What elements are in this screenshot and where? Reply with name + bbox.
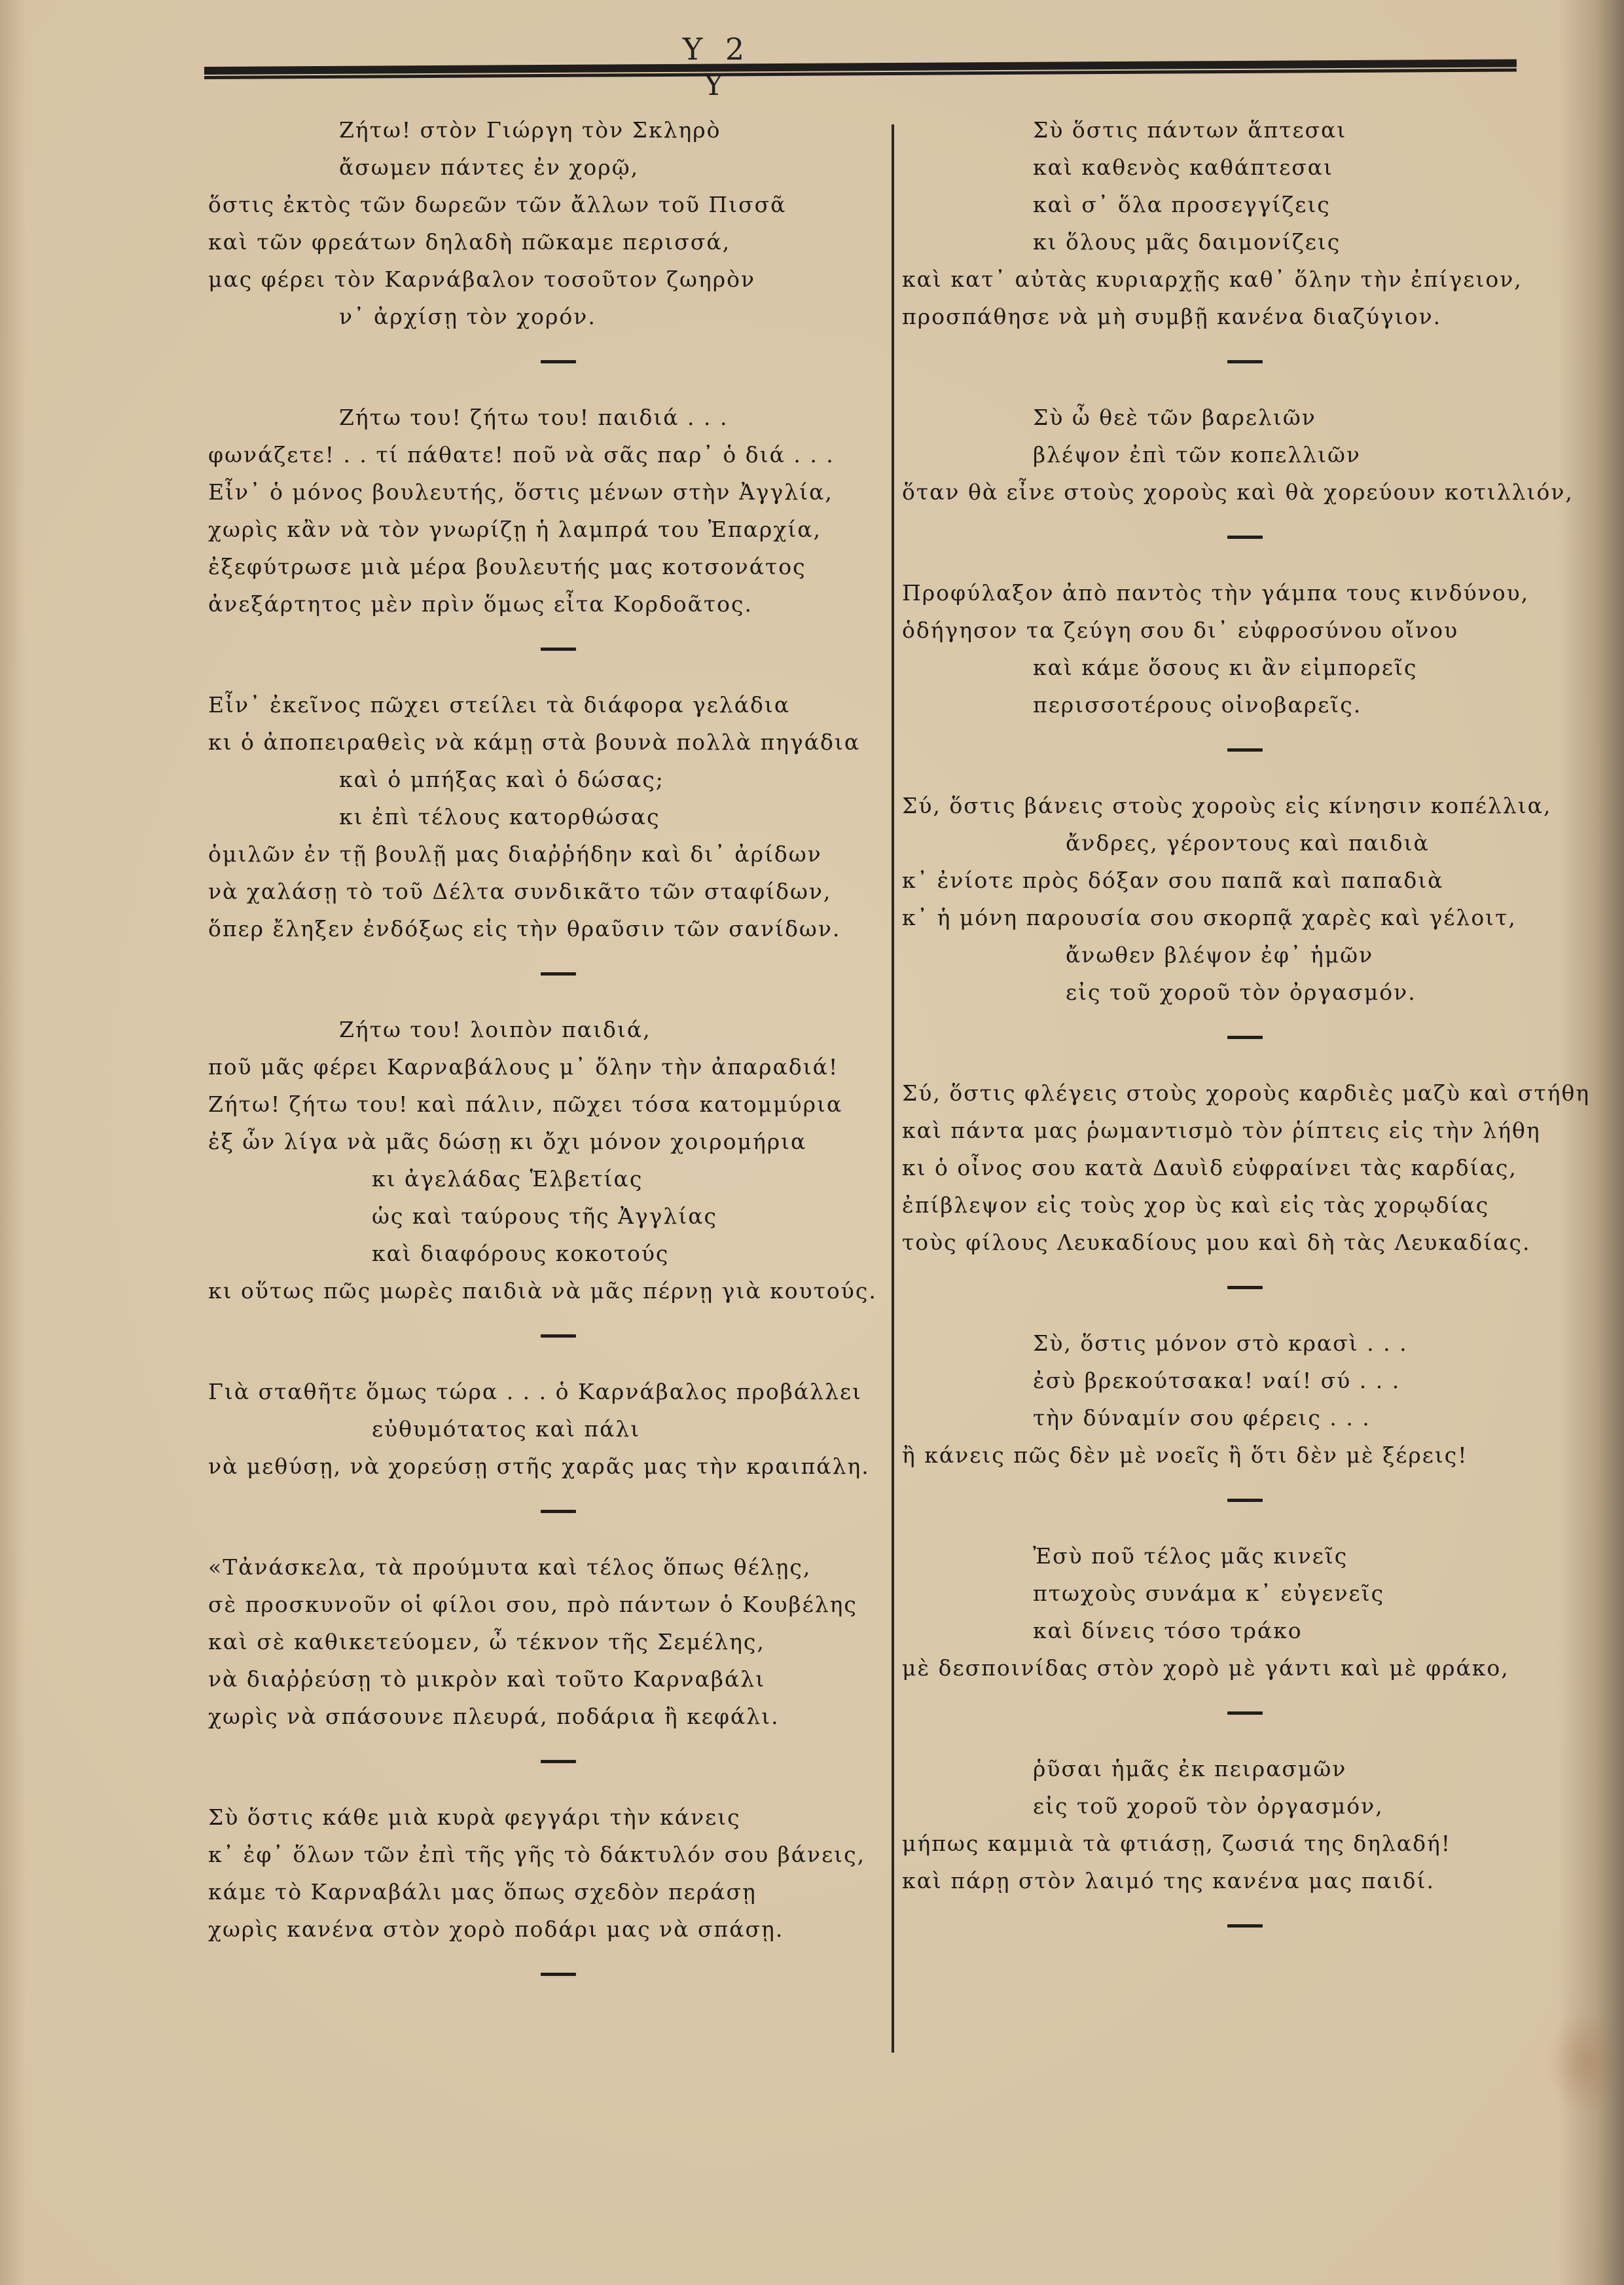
verse-line: Σὺ ὦ θεὲ τῶν βαρελιῶν <box>902 399 1596 436</box>
verse-line: εἰς τοῦ χοροῦ τὸν ὀργασμόν. <box>902 974 1596 1011</box>
verse-line: Σὺ, ὅστις μόνον στὸ κρασὶ . . . <box>902 1325 1596 1362</box>
verse-line: ἢ κάνεις πῶς δὲν μὲ νοεῖς ἢ ὅτι δὲν μὲ ξ… <box>902 1436 1596 1474</box>
verse-line: χωρὶς νὰ σπάσουνε πλευρά, ποδάρια ἢ κεφά… <box>208 1698 882 1735</box>
column-divider <box>892 124 894 2053</box>
stanza-separator-dash <box>1227 748 1263 752</box>
verse-line: «Τἀνάσκελα, τὰ προύμυτα καὶ τέλος ὅπως θ… <box>208 1548 882 1586</box>
verse-line: καὶ διαφόρους κοκοτούς <box>208 1235 882 1272</box>
verse-line: ἐξεφύτρωσε μιὰ μέρα βουλευτής μας κοτσον… <box>208 548 882 585</box>
verse-line: ῥῦσαι ἡμᾶς ἐκ πειρασμῶν <box>902 1750 1596 1787</box>
stanza-separator-dash <box>541 1510 576 1513</box>
left-column: Ζήτω! στὸν Γιώργη τὸν Σκληρὸἄσωμεν πάντε… <box>208 111 882 2011</box>
verse-line: καὶ ὁ μπήξας καὶ ὁ δώσας; <box>208 761 882 798</box>
stanza-separator-dash <box>541 1334 576 1338</box>
verse-line: ὁμιλῶν ἐν τῇ βουλῇ μας διαῤῥήδην καὶ δι᾿… <box>208 835 882 873</box>
stanza: Σὺ ὅστις κάθε μιὰ κυρὰ φεγγάρι τὴν κάνει… <box>208 1799 882 1948</box>
verse-line: νὰ μεθύσῃ, νὰ χορεύσῃ στῆς χαρᾶς μας τὴν… <box>208 1448 882 1485</box>
verse-line: κι οὕτως πῶς μωρὲς παιδιὰ νὰ μᾶς πέρνῃ γ… <box>208 1272 882 1309</box>
stanza-separator-dash <box>1227 536 1263 539</box>
verse-line: προσπάθησε νὰ μὴ συμβῇ κανένα διαζύγιον. <box>902 298 1596 335</box>
verse-line: καὶ τῶν φρεάτων δηλαδὴ πῶκαμε περισσά, <box>208 223 882 261</box>
verse-line: καὶ πάρῃ στὸν λαιμό της κανένα μας παιδί… <box>902 1862 1596 1899</box>
verse-line: Γιὰ σταθῆτε ὅμως τώρα . . . ὁ Καρνάβαλος… <box>208 1373 882 1410</box>
verse-line: Ζήτω! ζήτω του! καὶ πάλιν, πῶχει τόσα κα… <box>208 1086 882 1123</box>
stanza-separator-dash <box>541 360 576 363</box>
verse-line: εἰς τοῦ χοροῦ τὸν ὀργασμόν, <box>902 1787 1596 1825</box>
verse-line: χωρὶς κἂν νὰ τὸν γνωρίζῃ ἡ λαμπρά του Ἐπ… <box>208 511 882 548</box>
stanza-separator-dash <box>1227 1286 1263 1289</box>
stanza: Σὺ ὦ θεὲ τῶν βαρελιῶνβλέψον ἐπὶ τῶν κοπε… <box>902 399 1596 511</box>
verse-line: κ᾿ ἐνίοτε πρὸς δόξαν σου παπᾶ καὶ παπαδι… <box>902 862 1596 899</box>
verse-line: καὶ πάντα μας ῥωμαντισμὸ τὸν ῥίπτεις εἰς… <box>902 1112 1596 1149</box>
verse-line: καὶ κάμε ὅσους κι ἂν εἰμπορεῖς <box>902 649 1596 686</box>
stanza: Ζήτω του! λοιπὸν παιδιά,ποῦ μᾶς φέρει Κα… <box>208 1011 882 1309</box>
verse-line: νὰ χαλάσῃ τὸ τοῦ Δέλτα συνδικᾶτο τῶν στα… <box>208 873 882 910</box>
stanza: Εἶν᾿ ἐκεῖνος πῶχει στείλει τὰ διάφορα γε… <box>208 686 882 947</box>
verse-line: ν᾿ ἀρχίσῃ τὸν χορόν. <box>208 298 882 335</box>
stanza: Σὺ ὅστις πάντων ἅπτεσαικαὶ καθενὸς καθάπ… <box>902 111 1596 335</box>
verse-line: Σὺ ὅστις κάθε μιὰ κυρὰ φεγγάρι τὴν κάνει… <box>208 1799 882 1836</box>
verse-line: ἄσωμεν πάντες ἐν χορῷ, <box>208 149 882 186</box>
verse-line: κι ἐπὶ τέλους κατορθώσας <box>208 798 882 835</box>
verse-line: φωνάζετε! . . τί πάθατε! ποῦ νὰ σᾶς παρ᾿… <box>208 436 882 473</box>
verse-line: Εἶν᾿ ὁ μόνος βουλευτής, ὅστις μένων στὴν… <box>208 473 882 511</box>
verse-line: εὐθυμότατος καὶ πάλι <box>208 1410 882 1448</box>
verse-line: τοὺς φίλους Λευκαδίους μου καὶ δὴ τὰς Λε… <box>902 1224 1596 1261</box>
verse-line: Σύ, ὅστις φλέγεις στοὺς χοροὺς καρδιὲς μ… <box>902 1074 1596 1112</box>
verse-line: νὰ διαῤῥεύσῃ τὸ μικρὸν καὶ τοῦτο Καρναβά… <box>208 1660 882 1698</box>
stanza: ῥῦσαι ἡμᾶς ἐκ πειρασμῶνεἰς τοῦ χοροῦ τὸν… <box>902 1750 1596 1899</box>
verse-line: ἄνωθεν βλέψον ἐφ᾿ ἡμῶν <box>902 936 1596 974</box>
verse-line: χωρὶς κανένα στὸν χορὸ ποδάρι μας νὰ σπά… <box>208 1910 882 1948</box>
stanza-separator-dash <box>1227 1711 1263 1715</box>
verse-line: κι ὁ οἶνος σου κατὰ Δαυὶδ εὐφραίνει τὰς … <box>902 1149 1596 1186</box>
verse-line: σὲ προσκυνοῦν οἱ φίλοι σου, πρὸ πάντων ὁ… <box>208 1586 882 1623</box>
verse-line: καὶ σ᾿ ὅλα προσεγγίζεις <box>902 186 1596 223</box>
verse-line: Ζήτω του! ζήτω του! παιδιά . . . <box>208 399 882 436</box>
stanza: Σὺ, ὅστις μόνον στὸ κρασὶ . . .ἐσὺ βρεκο… <box>902 1325 1596 1474</box>
verse-line: περισσοτέρους οἰνοβαρεῖς. <box>902 686 1596 723</box>
stanza-separator-dash <box>541 972 576 976</box>
verse-line: Ζήτω του! λοιπὸν παιδιά, <box>208 1011 882 1048</box>
stanza-separator-dash <box>541 1760 576 1763</box>
verse-line: Σύ, ὅστις βάνεις στοὺς χοροὺς εἰς κίνησι… <box>902 787 1596 824</box>
verse-line: μήπως καμμιὰ τὰ φτιάσῃ, ζωσιά της δηλαδή… <box>902 1825 1596 1862</box>
stanza: «Τἀνάσκελα, τὰ προύμυτα καὶ τέλος ὅπως θ… <box>208 1548 882 1735</box>
verse-line: ὁδήγησον τα ζεύγη σου δι᾿ εὐφροσύνου οἴν… <box>902 612 1596 649</box>
verse-line: Ἐσὺ ποῦ τέλος μᾶς κινεῖς <box>902 1537 1596 1575</box>
verse-line: κι ὅλους μᾶς δαιμονίζεις <box>902 223 1596 261</box>
stanza: Γιὰ σταθῆτε ὅμως τώρα . . . ὁ Καρνάβαλος… <box>208 1373 882 1485</box>
verse-line: Εἶν᾿ ἐκεῖνος πῶχει στείλει τὰ διάφορα γε… <box>208 686 882 723</box>
verse-line: ὅταν θὰ εἶνε στοὺς χοροὺς καὶ θὰ χορεύου… <box>902 473 1596 511</box>
stanza: Ζήτω του! ζήτω του! παιδιά . . .φωνάζετε… <box>208 399 882 623</box>
stanza-separator-dash <box>1227 1036 1263 1039</box>
verse-line: ὅστις ἐκτὸς τῶν δωρεῶν τῶν ἄλλων τοῦ Πισ… <box>208 186 882 223</box>
verse-line: καὶ σὲ καθικετεύομεν, ὦ τέκνον τῆς Σεμέλ… <box>208 1623 882 1660</box>
verse-line: Προφύλαξον ἀπὸ παντὸς τὴν γάμπα τους κιν… <box>902 574 1596 612</box>
stanza-separator-dash <box>1227 360 1263 363</box>
verse-line: ἐπίβλεψον εἰς τοὺς χορ ὺς καὶ εἰς τὰς χο… <box>902 1186 1596 1224</box>
verse-line: κ᾿ ἡ μόνη παρουσία σου σκορπᾷ χαρὲς καὶ … <box>902 899 1596 936</box>
verse-line: ἐσὺ βρεκούτσακα! ναί! σύ . . . <box>902 1362 1596 1399</box>
stanza: Ζήτω! στὸν Γιώργη τὸν Σκληρὸἄσωμεν πάντε… <box>208 111 882 335</box>
verse-line: μας φέρει τὸν Καρνάβαλον τοσοῦτον ζωηρὸν <box>208 261 882 298</box>
verse-line: Σὺ ὅστις πάντων ἅπτεσαι <box>902 111 1596 149</box>
stanza-separator-dash <box>1227 1499 1263 1502</box>
verse-line: Ζήτω! στὸν Γιώργη τὸν Σκληρὸ <box>208 111 882 149</box>
verse-line: καὶ καθενὸς καθάπτεσαι <box>902 149 1596 186</box>
stanza: Σύ, ὅστις βάνεις στοὺς χοροὺς εἰς κίνησι… <box>902 787 1596 1011</box>
verse-line: ποῦ μᾶς φέρει Καρναβάλους μ᾿ ὅλην τὴν ἀπ… <box>208 1048 882 1086</box>
stanza-separator-dash <box>541 648 576 651</box>
verse-line: πτωχοὺς συνάμα κ᾿ εὐγενεῖς <box>902 1575 1596 1612</box>
verse-line: ἄνδρες, γέροντους καὶ παιδιὰ <box>902 824 1596 862</box>
verse-line: ἐξ ὧν λίγα νὰ μᾶς δώσῃ κι ὄχι μόνον χοιρ… <box>208 1123 882 1160</box>
verse-line: καὶ δίνεις τόσο τράκο <box>902 1612 1596 1649</box>
verse-line: ὅπερ ἔληξεν ἐνδόξως εἰς τὴν θραῦσιν τῶν … <box>208 910 882 947</box>
stanza-separator-dash <box>1227 1924 1263 1928</box>
verse-line: κ᾿ ἐφ᾿ ὅλων τῶν ἐπὶ τῆς γῆς τὸ δάκτυλόν … <box>208 1836 882 1873</box>
stanza: Προφύλαξον ἀπὸ παντὸς τὴν γάμπα τους κιν… <box>902 574 1596 723</box>
stanza-separator-dash <box>541 1973 576 1976</box>
verse-line: καὶ κατ᾿ αὐτὰς κυριαρχῇς καθ᾿ ὅλην τὴν ἐ… <box>902 261 1596 298</box>
right-column: Σὺ ὅστις πάντων ἅπτεσαικαὶ καθενὸς καθάπ… <box>902 111 1596 1963</box>
verse-line: ἀνεξάρτητος μὲν πρὶν ὅμως εἶτα Κορδοᾶτος… <box>208 585 882 623</box>
verse-line: κι ἀγελάδας Ἑλβετίας <box>208 1160 882 1197</box>
verse-line: κάμε τὸ Καρναβάλι μας ὅπως σχεδὸν περάσῃ <box>208 1873 882 1910</box>
verse-line: βλέψον ἐπὶ τῶν κοπελλιῶν <box>902 436 1596 473</box>
verse-line: μὲ δεσποινίδας στὸν χορὸ μὲ γάντι καὶ μὲ… <box>902 1649 1596 1687</box>
verse-line: κι ὁ ἀποπειραθεὶς νὰ κάμῃ στὰ βουνὰ πολλ… <box>208 723 882 761</box>
verse-line: ὡς καὶ ταύρους τῆς Ἀγγλίας <box>208 1197 882 1235</box>
verse-line: τὴν δύναμίν σου φέρεις . . . <box>902 1399 1596 1436</box>
stanza: Σύ, ὅστις φλέγεις στοὺς χοροὺς καρδιὲς μ… <box>902 1074 1596 1261</box>
stanza: Ἐσὺ ποῦ τέλος μᾶς κινεῖςπτωχοὺς συνάμα κ… <box>902 1537 1596 1687</box>
